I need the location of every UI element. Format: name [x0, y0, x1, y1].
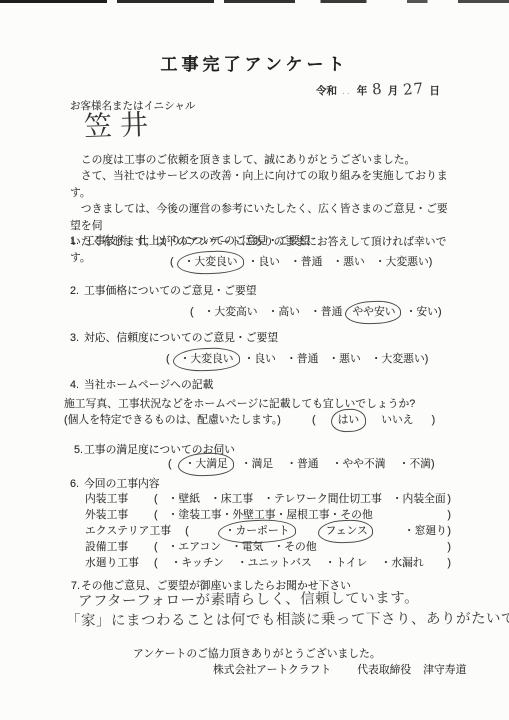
paren-open: (: [166, 353, 170, 365]
q6-r0-option-1: ・床工事: [210, 491, 253, 506]
q5-option-0: ・大満足: [185, 456, 228, 471]
q2-option-1: ・高い: [268, 304, 300, 319]
q6-r2-option-fence: フェンス: [325, 523, 367, 538]
q6-row-equipment: 設備工事 ( ・エアコン ・電気 ・その他 ): [85, 539, 451, 554]
q4-answer-row: (個人を特定できるものは、配慮いたします。) ( はい いいえ ): [64, 412, 444, 427]
q2-option-4: ・安い: [406, 304, 438, 319]
paren-open: (: [170, 256, 174, 268]
q6-r4-option-3: ・水漏れ: [380, 555, 423, 570]
q1-option-3: ・悪い: [332, 254, 364, 269]
paren-close: ): [447, 525, 451, 537]
paren-close: ): [425, 353, 429, 365]
page-title: 工事完了アンケート: [0, 50, 509, 75]
q6-r0-option-0: ・壁紙: [168, 491, 200, 506]
paren-close: ): [447, 541, 451, 553]
paren-close: ): [429, 256, 433, 268]
q6-number: 6.: [70, 478, 79, 490]
company-name: 株式会社アートクラフト: [213, 662, 331, 677]
paren-close: ): [438, 306, 442, 318]
date-year-label: 年: [357, 83, 368, 98]
q6-r0-option-2: ・テレワーク間仕切工事: [263, 491, 382, 506]
q1-number: 1.: [70, 235, 79, 247]
scan-edge-artifact: [0, 0, 509, 3]
q2-text: 工事価格についてのご意見・ご要望: [84, 285, 257, 297]
q6-category-exterior-finish: 外装工事: [85, 507, 140, 522]
q6-r3-option-2: ・その他: [273, 539, 316, 554]
q6-r0-option-3: ・内装全面: [392, 491, 446, 506]
q6-r4-option-0: ・キッチン: [171, 555, 224, 570]
q6-category-exterior-works: エクステリア工事: [85, 523, 171, 538]
q3-title: 3.対応、信頼度についてのご意見・ご要望: [70, 330, 278, 345]
paren-close: ): [431, 458, 435, 470]
q6-r2-option-window: ・窓廻り: [404, 523, 447, 538]
paren-open: (: [190, 306, 194, 318]
q3-number: 3.: [70, 332, 79, 344]
q6-category-equipment: 設備工事: [85, 539, 140, 554]
q5-option-4: ・不満: [399, 456, 431, 471]
q4-option-yes: はい: [338, 412, 360, 427]
q4-option-no: いいえ: [381, 412, 413, 427]
q4-note: (個人を特定できるものは、配慮いたします。): [64, 412, 281, 427]
paren-close: ): [432, 414, 436, 426]
q6-text: 今回の工事内容: [84, 478, 160, 490]
paren-close: ): [447, 509, 451, 521]
q4-question: 施工写真、工事状況などをホームページに記載しても宜しいでしょうか?: [64, 396, 415, 411]
q6-r3-option-1: ・電気: [231, 539, 263, 554]
q5-text: 工事の満足度についてのお伺い: [84, 444, 235, 456]
q6-title: 6.今回の工事内容: [70, 476, 160, 491]
intro-line: この度は工事のご依頼を頂きまして、誠にありがとうございました。: [70, 152, 452, 168]
date-line: 令和 .. 年 8 月 27 日: [316, 80, 440, 98]
q3-option-3: ・悪い: [328, 351, 360, 366]
q4-text: 当社ホームページへの記載: [84, 379, 213, 391]
q3-options: ( ・大変良い ・良い ・普通 ・悪い ・大変悪い ): [166, 351, 428, 366]
thanks-message: アンケートのご協力頂きありがとうございました。: [133, 646, 381, 661]
q6-row-interior: 内装工事 ( ・壁紙 ・床工事 ・テレワーク間仕切工事 ・内装全面 ): [85, 491, 451, 506]
q2-number: 2.: [70, 285, 79, 297]
q2-option-0: ・大変高い: [204, 304, 258, 319]
intro-line: つきましては、今後の運営の参考にいたしたく、広く皆さまのご意見・ご要望を伺: [70, 201, 452, 234]
paren-open: (: [168, 458, 172, 470]
q2-title: 2.工事価格についてのご意見・ご要望: [70, 283, 257, 298]
q6-r3-option-0: ・エアコン: [168, 539, 221, 554]
q6-r2-option-carport: ・カーポート: [225, 523, 290, 538]
q1-title: 1.工事技術、仕上がりについてのご意見・ご要望: [70, 233, 311, 248]
q6-category-plumbing: 水廻り工事: [85, 555, 140, 570]
q5-option-2: ・普通: [286, 456, 318, 471]
q7-handwritten-answer-line2: 「家」にまつわることは何でも相談に乗って下さり、ありがたいです。: [66, 607, 509, 631]
q5-option-3: ・やや不満: [332, 456, 386, 471]
date-day-handwritten: 27: [403, 79, 426, 99]
q5-option-1: ・満足: [241, 456, 273, 471]
intro-paragraph: この度は工事のご依頼を頂きまして、誠にありがとうございました。 さて、当社ではサ…: [70, 152, 452, 267]
representative-role: 代表取締役: [357, 662, 411, 677]
q1-option-4: ・大変悪い: [375, 254, 429, 269]
paren-open: (: [154, 509, 158, 521]
q6-row-plumbing: 水廻り工事 ( ・キッチン ・ユニットバス ・トイレ ・水漏れ ): [85, 555, 451, 570]
date-era-label: 令和: [316, 83, 337, 98]
customer-name-handwritten: 笠井: [83, 103, 156, 145]
q2-option-3: やや安い: [352, 304, 395, 319]
q6-r4-option-1: ・ユニットバス: [237, 555, 312, 570]
paren-close: ): [447, 557, 451, 569]
paren-open: (: [154, 493, 158, 505]
q6-row-exterior-finish: 外装工事 ( ・塗装工事・外壁工事・屋根工事・その他 ): [85, 507, 451, 522]
q5-title: 5.工事の満足度についてのお伺い: [74, 442, 235, 457]
q2-option-2: ・普通: [310, 304, 342, 319]
q4-answers: ( はい いいえ ): [312, 412, 435, 427]
survey-form-page: 工事完了アンケート 令和 .. 年 8 月 27 日 お客様名またはイニシャル …: [0, 0, 509, 720]
q5-options: ( ・大満足 ・満足 ・普通 ・やや不満 ・不満 ): [168, 456, 435, 471]
q3-text: 対応、信頼度についてのご意見・ご要望: [84, 332, 278, 344]
q4-title: 4.当社ホームページへの記載: [70, 377, 213, 392]
intro-line: さて、当社ではサービスの改善・向上に向けての取り組みを実施しております。: [70, 168, 452, 201]
q6-row-exterior-works: エクステリア工事 ( ・カーポート フェンス ・窓廻り ): [85, 523, 451, 538]
q6-r1-option-0: ・塗装工事・外壁工事・屋根工事・その他: [168, 507, 373, 522]
paren-open: (: [185, 525, 189, 537]
company-line: 株式会社アートクラフト 代表取締役 津守寿道: [213, 662, 466, 677]
paren-open: (: [312, 414, 316, 426]
q3-option-4: ・大変悪い: [371, 351, 425, 366]
q1-option-0: ・大変良い: [184, 254, 238, 269]
q3-option-0: ・大変良い: [180, 351, 234, 366]
q3-option-2: ・普通: [286, 351, 318, 366]
date-day-label: 日: [429, 83, 440, 98]
q1-option-1: ・良い: [248, 254, 280, 269]
q6-category-interior: 内装工事: [85, 491, 140, 506]
q4-number: 4.: [70, 379, 79, 391]
q1-options: ( ・大変良い ・良い ・普通 ・悪い ・大変悪い ): [170, 254, 432, 269]
paren-close: ): [447, 493, 451, 505]
q1-text: 工事技術、仕上がりについてのご意見・ご要望: [84, 235, 311, 247]
date-year-handwritten: ..: [342, 87, 352, 97]
date-month-handwritten: 8: [371, 80, 383, 99]
paren-open: (: [154, 541, 158, 553]
q6-r4-option-2: ・トイレ: [325, 555, 368, 570]
q1-option-2: ・普通: [290, 254, 322, 269]
q5-number: 5.: [74, 444, 83, 456]
q2-options: ( ・大変高い ・高い ・普通 やや安い ・安い ): [190, 304, 442, 319]
paren-open: (: [154, 557, 158, 569]
q3-option-1: ・良い: [244, 351, 276, 366]
date-month-label: 月: [388, 83, 399, 98]
representative-name: 津守寿道: [423, 662, 466, 677]
